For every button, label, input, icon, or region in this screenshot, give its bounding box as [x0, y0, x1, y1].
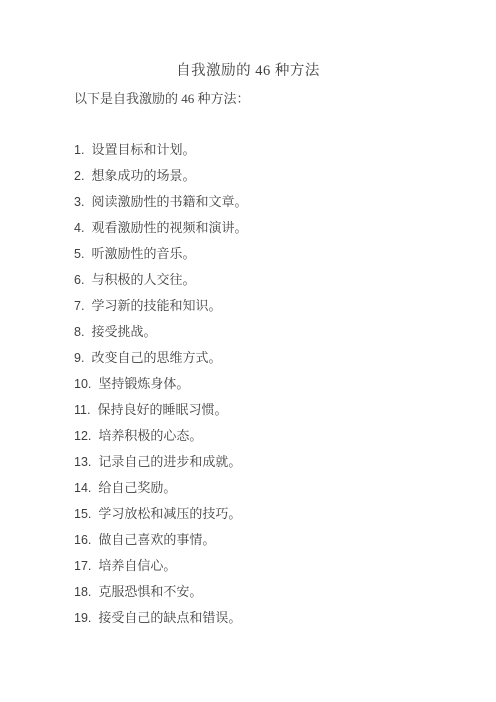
list-item-text: 保持良好的睡眠习惯。	[97, 397, 227, 423]
list-item-number: 19.	[74, 605, 91, 631]
intro-paragraph: 以下是自我激励的 46 种方法：	[74, 90, 250, 107]
list-item: 1. 设置目标和计划。	[74, 137, 480, 163]
list-item: 4. 观看激励性的视频和演讲。	[74, 215, 480, 241]
list-item-number: 7.	[74, 293, 84, 319]
list-item: 3. 阅读激励性的书籍和文章。	[74, 189, 480, 215]
list-item-number: 16.	[74, 527, 91, 553]
list-item-text: 改变自己的思维方式。	[91, 345, 221, 371]
list-item-text: 学习新的技能和知识。	[91, 293, 221, 319]
list-item: 6. 与积极的人交往。	[74, 267, 480, 293]
list-item-number: 2.	[74, 163, 84, 189]
list-item-text: 听激励性的音乐。	[91, 241, 195, 267]
list-item: 11. 保持良好的睡眠习惯。	[74, 397, 480, 423]
list-item-text: 培养自信心。	[98, 553, 176, 579]
list-item-text: 阅读激励性的书籍和文章。	[91, 189, 247, 215]
list-item-number: 12.	[74, 423, 91, 449]
list-item-text: 学习放松和减压的技巧。	[98, 501, 241, 527]
list-item: 5. 听激励性的音乐。	[74, 241, 480, 267]
list-item-number: 11.	[74, 397, 90, 423]
list-item: 14. 给自己奖励。	[74, 475, 480, 501]
list-item-number: 18.	[74, 579, 91, 605]
list-item-text: 培养积极的心态。	[98, 423, 202, 449]
list-item-number: 4.	[74, 215, 84, 241]
list-item-number: 9.	[74, 345, 84, 371]
list-item: 18. 克服恐惧和不安。	[74, 579, 480, 605]
list-item: 8. 接受挑战。	[74, 319, 480, 345]
list-item: 7. 学习新的技能和知识。	[74, 293, 480, 319]
list-item-text: 接受挑战。	[91, 319, 156, 345]
list-item-text: 做自己喜欢的事情。	[98, 527, 215, 553]
list-item: 12. 培养积极的心态。	[74, 423, 480, 449]
document-page: 自我激励的 46 种方法 以下是自我激励的 46 种方法： 1. 设置目标和计划…	[0, 0, 496, 702]
list-item-text: 接受自己的缺点和错误。	[98, 605, 241, 631]
list-item: 9. 改变自己的思维方式。	[74, 345, 480, 371]
list-item-number: 13.	[74, 449, 91, 475]
list-item: 17. 培养自信心。	[74, 553, 480, 579]
list-item-number: 10.	[74, 371, 91, 397]
list-item-number: 3.	[74, 189, 84, 215]
list-item: 13. 记录自己的进步和成就。	[74, 449, 480, 475]
list-item-number: 6.	[74, 267, 84, 293]
list-item-number: 1.	[74, 137, 84, 163]
document-title: 自我激励的 46 种方法	[0, 62, 496, 80]
list-item: 16. 做自己喜欢的事情。	[74, 527, 480, 553]
list-item-number: 5.	[74, 241, 84, 267]
list-item: 15. 学习放松和减压的技巧。	[74, 501, 480, 527]
list-item-text: 记录自己的进步和成就。	[98, 449, 241, 475]
numbered-list: 1. 设置目标和计划。 2. 想象成功的场景。 3. 阅读激励性的书籍和文章。 …	[74, 137, 480, 631]
list-item-number: 17.	[74, 553, 91, 579]
list-item-text: 克服恐惧和不安。	[98, 579, 202, 605]
list-item-number: 15.	[74, 501, 91, 527]
list-item-number: 8.	[74, 319, 84, 345]
list-item: 10. 坚持锻炼身体。	[74, 371, 480, 397]
list-item-text: 坚持锻炼身体。	[98, 371, 189, 397]
list-item-text: 设置目标和计划。	[91, 137, 195, 163]
list-item-text: 给自己奖励。	[98, 475, 176, 501]
list-item-text: 观看激励性的视频和演讲。	[91, 215, 247, 241]
list-item: 2. 想象成功的场景。	[74, 163, 480, 189]
list-item-number: 14.	[74, 475, 91, 501]
list-item-text: 与积极的人交往。	[91, 267, 195, 293]
list-item-text: 想象成功的场景。	[91, 163, 195, 189]
list-item: 19. 接受自己的缺点和错误。	[74, 605, 480, 631]
